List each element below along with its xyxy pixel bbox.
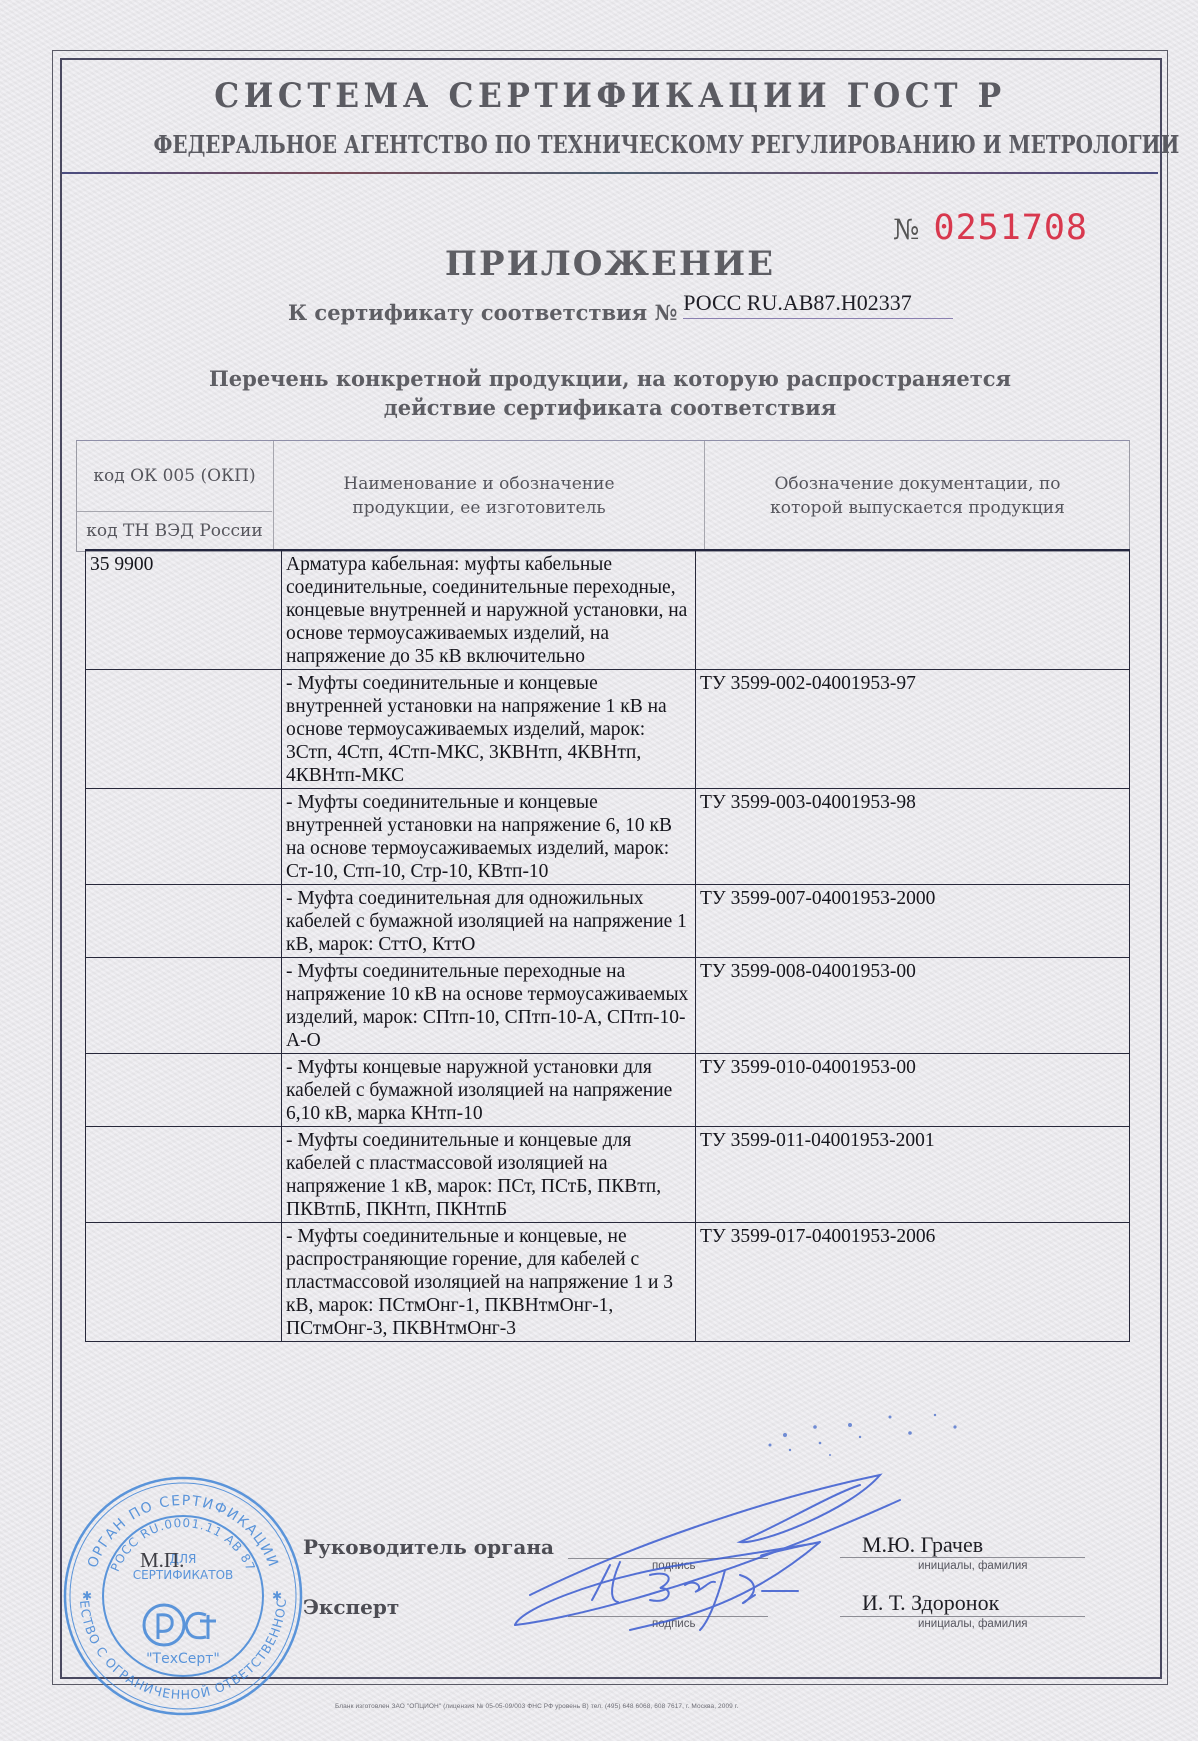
appendix-title: ПРИЛОЖЕНИЕ	[60, 244, 1160, 284]
product-code	[86, 1223, 282, 1342]
table-row: 35 9900Арматура кабельная: муфты кабельн…	[86, 550, 1130, 670]
header-product-name-text: Наименование и обозначение продукции, ее…	[339, 472, 619, 520]
svg-text:"ТехСерт": "ТехСерт"	[146, 1651, 220, 1667]
header-code-tnved: код ТН ВЭД России	[77, 511, 272, 551]
certificate-number: РОСС RU.АВ87.Н02337	[683, 290, 953, 319]
number-sign: №	[893, 213, 920, 246]
table-row: - Муфты соединительные и концевые внутре…	[86, 670, 1130, 789]
head-name-caption: инициалы, фамилия	[918, 1560, 1028, 1572]
expert-label: Эксперт	[303, 1595, 399, 1619]
form-number: №0251708	[893, 208, 1088, 248]
table-row: - Муфта соединительная для одножильных к…	[86, 885, 1130, 958]
product-name: - Муфта соединительная для одножильных к…	[282, 885, 696, 958]
product-code	[86, 958, 282, 1054]
table-row: - Муфты соединительные и концевые, не ра…	[86, 1223, 1130, 1342]
product-documentation: ТУ 3599-011-04001953-2001	[696, 1127, 1130, 1223]
table-row: - Муфты соединительные и концевые для ка…	[86, 1127, 1130, 1223]
header-documentation-text: Обозначение документации, по которой вып…	[758, 472, 1078, 520]
product-name: - Муфты соединительные и концевые внутре…	[282, 789, 696, 885]
product-code	[86, 885, 282, 958]
product-code	[86, 1054, 282, 1127]
product-name: - Муфты соединительные и концевые внутре…	[282, 670, 696, 789]
product-code	[86, 789, 282, 885]
product-documentation: ТУ 3599-003-04001953-98	[696, 789, 1130, 885]
system-title: СИСТЕМА СЕРТИФИКАЦИИ ГОСТ Р	[104, 76, 1116, 116]
ink-specks	[760, 1405, 970, 1465]
svg-text:✱: ✱	[82, 1589, 92, 1603]
product-name: - Муфты концевые наружной установки для …	[282, 1054, 696, 1127]
svg-text:✱: ✱	[272, 1589, 282, 1603]
certificate-label: К сертификату соответствия №	[288, 300, 677, 325]
product-documentation: ТУ 3599-010-04001953-00	[696, 1054, 1130, 1127]
product-documentation: ТУ 3599-007-04001953-2000	[696, 885, 1130, 958]
certification-stamp: ОРГАН ПО СЕРТИФИКАЦИИ РОСС RU.0001.11 АВ…	[62, 1475, 304, 1717]
table-row: - Муфты соединительные и концевые внутре…	[86, 789, 1130, 885]
product-documentation: ТУ 3599-017-04001953-2006	[696, 1223, 1130, 1342]
product-code	[86, 1127, 282, 1223]
product-code	[86, 670, 282, 789]
expert-name-caption: инициалы, фамилия	[918, 1618, 1028, 1630]
form-number-value: 0251708	[934, 208, 1089, 248]
product-name: - Муфты соединительные и концевые, не ра…	[282, 1223, 696, 1342]
product-name: - Муфты соединительные переходные на нап…	[282, 958, 696, 1054]
header-documentation: Обозначение документации, по которой вып…	[704, 441, 1130, 551]
table-row: - Муфты концевые наружной установки для …	[86, 1054, 1130, 1127]
product-name: - Муфты соединительные и концевые для ка…	[282, 1127, 696, 1223]
product-name: Арматура кабельная: муфты кабельные соед…	[282, 550, 696, 670]
header-product-name: Наименование и обозначение продукции, ее…	[273, 441, 684, 551]
table-row: - Муфты соединительные переходные на нап…	[86, 958, 1130, 1054]
certificate-reference: К сертификату соответствия №РОСС RU.АВ87…	[288, 300, 953, 329]
header-divider	[62, 172, 1158, 174]
table-header: код ОК 005 (ОКП) код ТН ВЭД России Наиме…	[76, 440, 1130, 552]
printer-note: Бланк изготовлен ЗАО "ОПЦИОН" (лицензия …	[335, 1703, 738, 1710]
handwritten-signature	[500, 1470, 920, 1670]
product-documentation: ТУ 3599-002-04001953-97	[696, 670, 1130, 789]
list-title: Перечень конкретной продукции, на котору…	[60, 364, 1160, 422]
list-title-line-2: действие сертификата соответствия	[60, 393, 1160, 422]
stamp-place-mark: М.П.	[140, 1548, 184, 1573]
products-table: 35 9900Арматура кабельная: муфты кабельн…	[85, 549, 1130, 1342]
product-code: 35 9900	[86, 550, 282, 670]
agency-name: ФЕДЕРАЛЬНОЕ АГЕНТСТВО ПО ТЕХНИЧЕСКОМУ РЕ…	[154, 130, 1067, 159]
rst-logo-icon	[144, 1605, 216, 1645]
product-documentation: ТУ 3599-008-04001953-00	[696, 958, 1130, 1054]
list-title-line-1: Перечень конкретной продукции, на котору…	[60, 364, 1160, 393]
header-code-okp: код ОК 005 (ОКП)	[77, 441, 272, 512]
product-documentation	[696, 550, 1130, 670]
